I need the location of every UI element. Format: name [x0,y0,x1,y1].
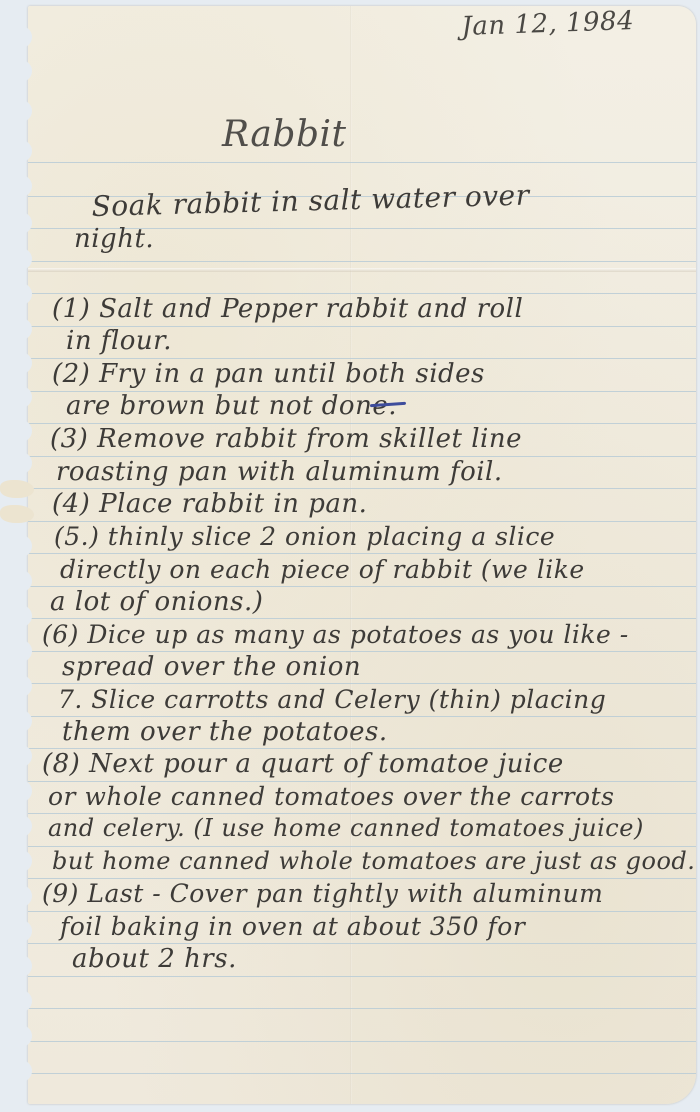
step-3-line: (3) Remove rabbit from skillet line [50,424,522,454]
step-4-line: (4) Place rabbit in pan. [52,489,367,519]
binder-hole [10,885,32,907]
binder-hole [10,1060,32,1082]
step-6-line: (6) Dice up as many as potatoes as you l… [42,620,629,649]
binder-hole [10,535,32,557]
binder-hole [10,780,32,802]
rule-line [28,553,696,554]
binder-hole [10,955,32,977]
binder-hole [10,990,32,1012]
step-1-line: (1) Salt and Pepper rabbit and roll [52,294,523,324]
step-7-line: 7. Slice carrotts and Celery (thin) plac… [58,685,606,714]
horizontal-fold-crease [28,268,696,272]
binder-hole [10,1025,32,1047]
binder-hole [10,212,32,234]
binder-hole [10,850,32,872]
step-5-line: directly on each piece of rabbit (we lik… [60,555,585,584]
step-7-line: them over the potatoes. [62,717,388,747]
binder-hole [10,60,32,82]
rule-line [28,162,696,163]
rule-line [28,976,696,977]
torn-paper-fragment [0,505,34,523]
recipe-title: Rabbit [222,114,346,155]
rule-line [28,261,696,262]
step-8-line: and celery. (I use home canned tomatoes … [48,814,644,842]
binder-hole [10,140,32,162]
step-5-line: a lot of onions.) [50,587,263,617]
step-3-line: roasting pan with aluminum foil. [56,457,503,487]
binder-hole [10,420,32,442]
step-8-line: (8) Next pour a quart of tomatoe juice [42,749,564,779]
binder-hole [10,640,32,662]
binder-hole [10,815,32,837]
step-5-line: (5.) thinly slice 2 onion placing a slic… [54,522,555,551]
binder-hole [10,710,32,732]
binder-hole [10,175,32,197]
binder-hole [10,745,32,767]
step-9-line: (9) Last - Cover pan tightly with alumin… [42,879,603,908]
binder-hole [10,570,32,592]
step-8-line: but home canned whole tomatoes are just … [52,847,695,875]
step-2-line: are brown but not done. [66,391,397,421]
binder-hole [10,352,32,374]
intro-line: night. [74,224,154,254]
binder-hole [10,318,32,340]
date-heading: Jan 12, 1984 [461,6,635,42]
binder-hole [10,248,32,270]
step-6-line: spread over the onion [62,652,361,682]
step-9-line: foil baking in oven at about 350 for [60,912,525,941]
binder-hole [10,100,32,122]
rule-line [28,1008,696,1009]
rule-line [28,1041,696,1042]
binder-hole [10,920,32,942]
binder-hole [10,283,32,305]
step-8-line: or whole canned tomatoes over the carrot… [48,782,614,811]
step-1-line: in flour. [66,326,172,356]
binder-hole [10,675,32,697]
step-2-line: (2) Fry in a pan until both sides [52,359,485,389]
binder-hole [10,452,32,474]
rule-line [28,1073,696,1074]
torn-paper-fragment [0,480,34,498]
rule-line [28,683,696,684]
binder-hole [10,386,32,408]
rule-line [28,618,696,619]
step-9-line: about 2 hrs. [72,944,237,974]
binder-hole [10,605,32,627]
binder-hole [10,26,32,48]
